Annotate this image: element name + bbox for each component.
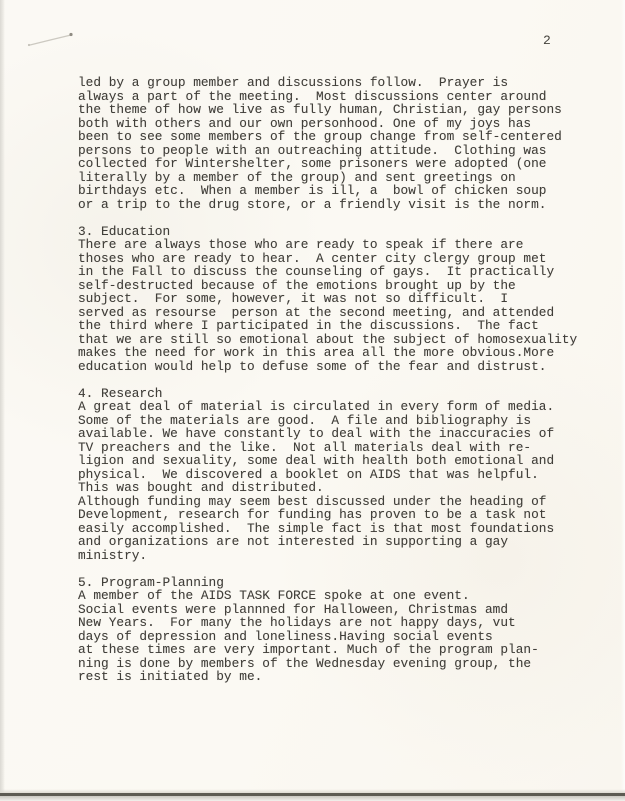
text-line: makes the need for work in this area all… xyxy=(78,346,598,360)
text-line: Social events were plannned for Hallowee… xyxy=(78,603,598,617)
typewritten-text-block: led by a group member and discussions fo… xyxy=(78,76,598,684)
section-2-continuation: led by a group member and discussions fo… xyxy=(78,76,598,211)
text-line: education would help to defuse some of t… xyxy=(78,360,598,374)
text-line: that we are still so emotional about the… xyxy=(78,333,598,347)
text-line: literally by a member of the group) and … xyxy=(78,171,598,185)
text-line: Although funding may seem best discussed… xyxy=(78,495,598,509)
text-line: 3. Education xyxy=(78,225,598,239)
text-line: New Years. For many the holidays are not… xyxy=(78,616,598,630)
text-line: Some of the materials are good. A file a… xyxy=(78,414,598,428)
text-line: birthdays etc. When a member is ill, a b… xyxy=(78,184,598,198)
section-4-research: 4. ResearchA great deal of material is c… xyxy=(78,387,598,563)
text-line: served as resourse person at the second … xyxy=(78,306,598,320)
text-line: easily accomplished. The simple fact is … xyxy=(78,522,598,536)
text-line: This was bought and distributed. xyxy=(78,481,598,495)
page-number: 2 xyxy=(543,33,551,48)
text-line: both with others and our own personhood.… xyxy=(78,117,598,131)
text-line: rest is initiated by me. xyxy=(78,670,598,684)
text-line: 4. Research xyxy=(78,387,598,401)
paper-edge-right xyxy=(621,0,625,801)
text-line: collected for Wintershelter, some prison… xyxy=(78,157,598,171)
paper-edge-left xyxy=(0,0,5,801)
text-line: persons to people with an outreaching at… xyxy=(78,144,598,158)
text-line: subject. For some, however, it was not s… xyxy=(78,292,598,306)
text-line: at these times are very important. Much … xyxy=(78,643,598,657)
paper-bottom-margin xyxy=(0,796,625,801)
text-line: available. We have constantly to deal wi… xyxy=(78,427,598,441)
text-line: in the Fall to discuss the counseling of… xyxy=(78,265,598,279)
text-line: ning is done by members of the Wednesday… xyxy=(78,657,598,671)
section-3-education: 3. EducationThere are always those who a… xyxy=(78,225,598,374)
scanned-document-page: 2 led by a group member and discussions … xyxy=(0,0,625,801)
text-line: Development, research for funding has pr… xyxy=(78,508,598,522)
scratch-mark xyxy=(0,0,110,60)
text-line: been to see some members of the group ch… xyxy=(78,130,598,144)
text-line: There are always those who are ready to … xyxy=(78,238,598,252)
section-5-program-planning: 5. Program-PlanningA member of the AIDS … xyxy=(78,576,598,684)
text-line: A great deal of material is circulated i… xyxy=(78,400,598,414)
text-line: the third where I participated in the di… xyxy=(78,319,598,333)
text-line: physical. We discovered a booklet on AID… xyxy=(78,468,598,482)
text-line: always a part of the meeting. Most discu… xyxy=(78,90,598,104)
text-line: A member of the AIDS TASK FORCE spoke at… xyxy=(78,589,598,603)
text-line: days of depression and loneliness.Having… xyxy=(78,630,598,644)
text-line: led by a group member and discussions fo… xyxy=(78,76,598,90)
text-line: self-destructed because of the emotions … xyxy=(78,279,598,293)
text-line: or a trip to the drug store, or a friend… xyxy=(78,198,598,212)
text-line: ligion and sexuality, some deal with hea… xyxy=(78,454,598,468)
text-line: thoses who are ready to hear. A center c… xyxy=(78,252,598,266)
text-line: ministry. xyxy=(78,549,598,563)
text-line: and organizations are not interested in … xyxy=(78,535,598,549)
text-line: the theme of how we live as fully human,… xyxy=(78,103,598,117)
text-line: 5. Program-Planning xyxy=(78,576,598,590)
text-line: TV preachers and the like. Not all mater… xyxy=(78,441,598,455)
